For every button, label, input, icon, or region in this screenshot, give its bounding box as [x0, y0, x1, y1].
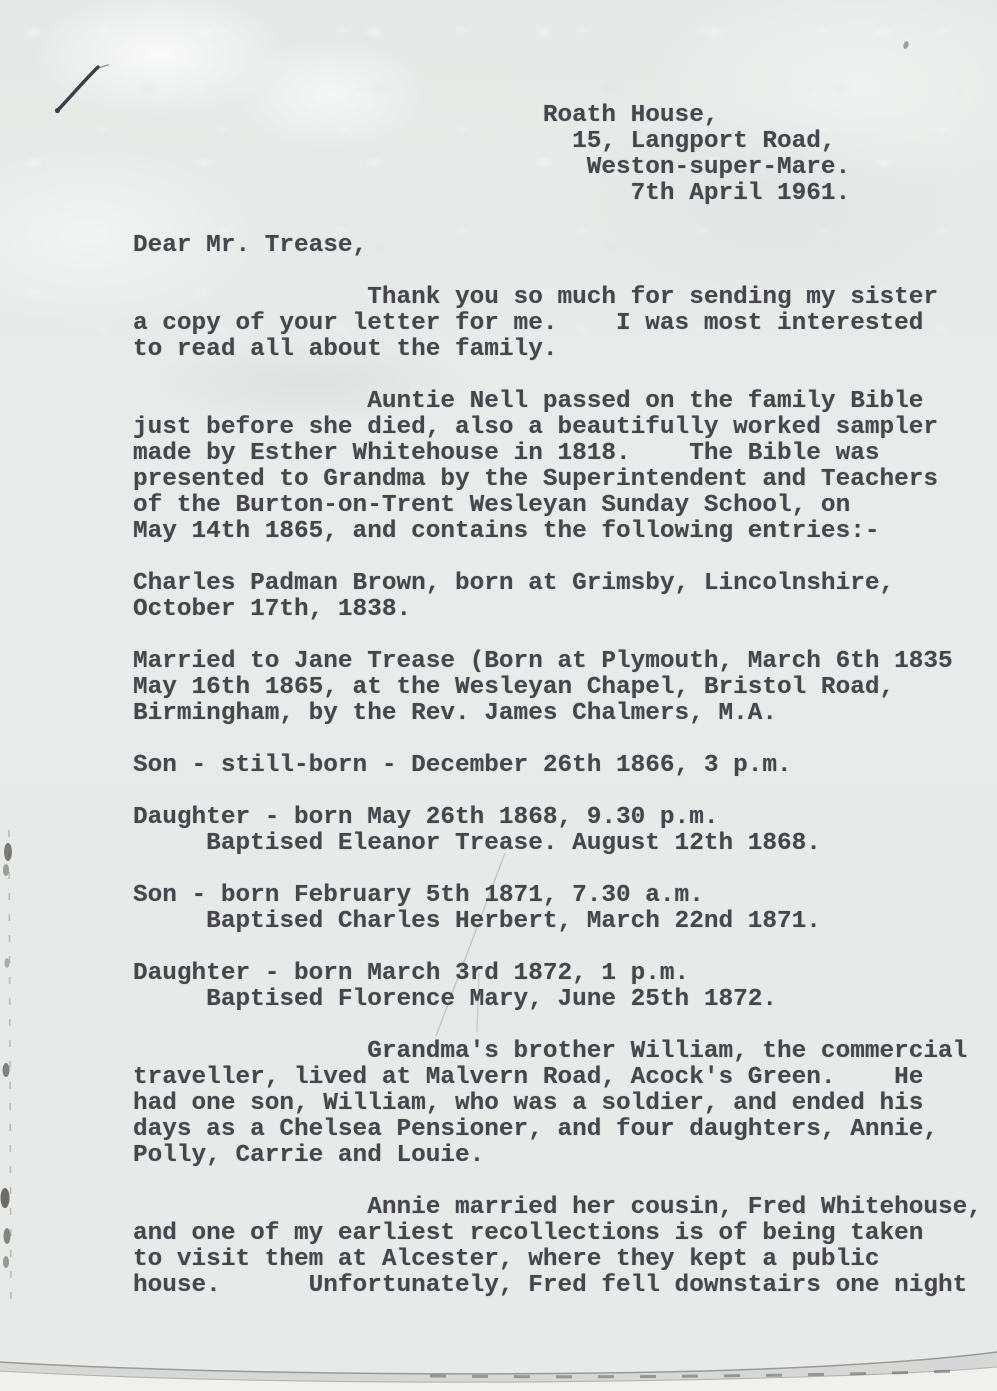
scan-speck	[5, 958, 10, 968]
scan-speck	[3, 864, 9, 876]
scan-speck	[4, 843, 12, 861]
scan-speck	[3, 1256, 9, 1268]
paper-bottom-edge	[0, 1340, 997, 1391]
scan-speck	[4, 1228, 11, 1244]
scan-speck	[1, 1188, 10, 1208]
letter-body-text: Roath House, 15, Langport Road, Weston-s…	[133, 103, 982, 1299]
paper-sheet: Roath House, 15, Langport Road, Weston-s…	[0, 0, 997, 1391]
pen-tick-icon	[40, 52, 120, 124]
scan-speck	[902, 40, 909, 49]
scan-speck	[3, 1063, 10, 1077]
